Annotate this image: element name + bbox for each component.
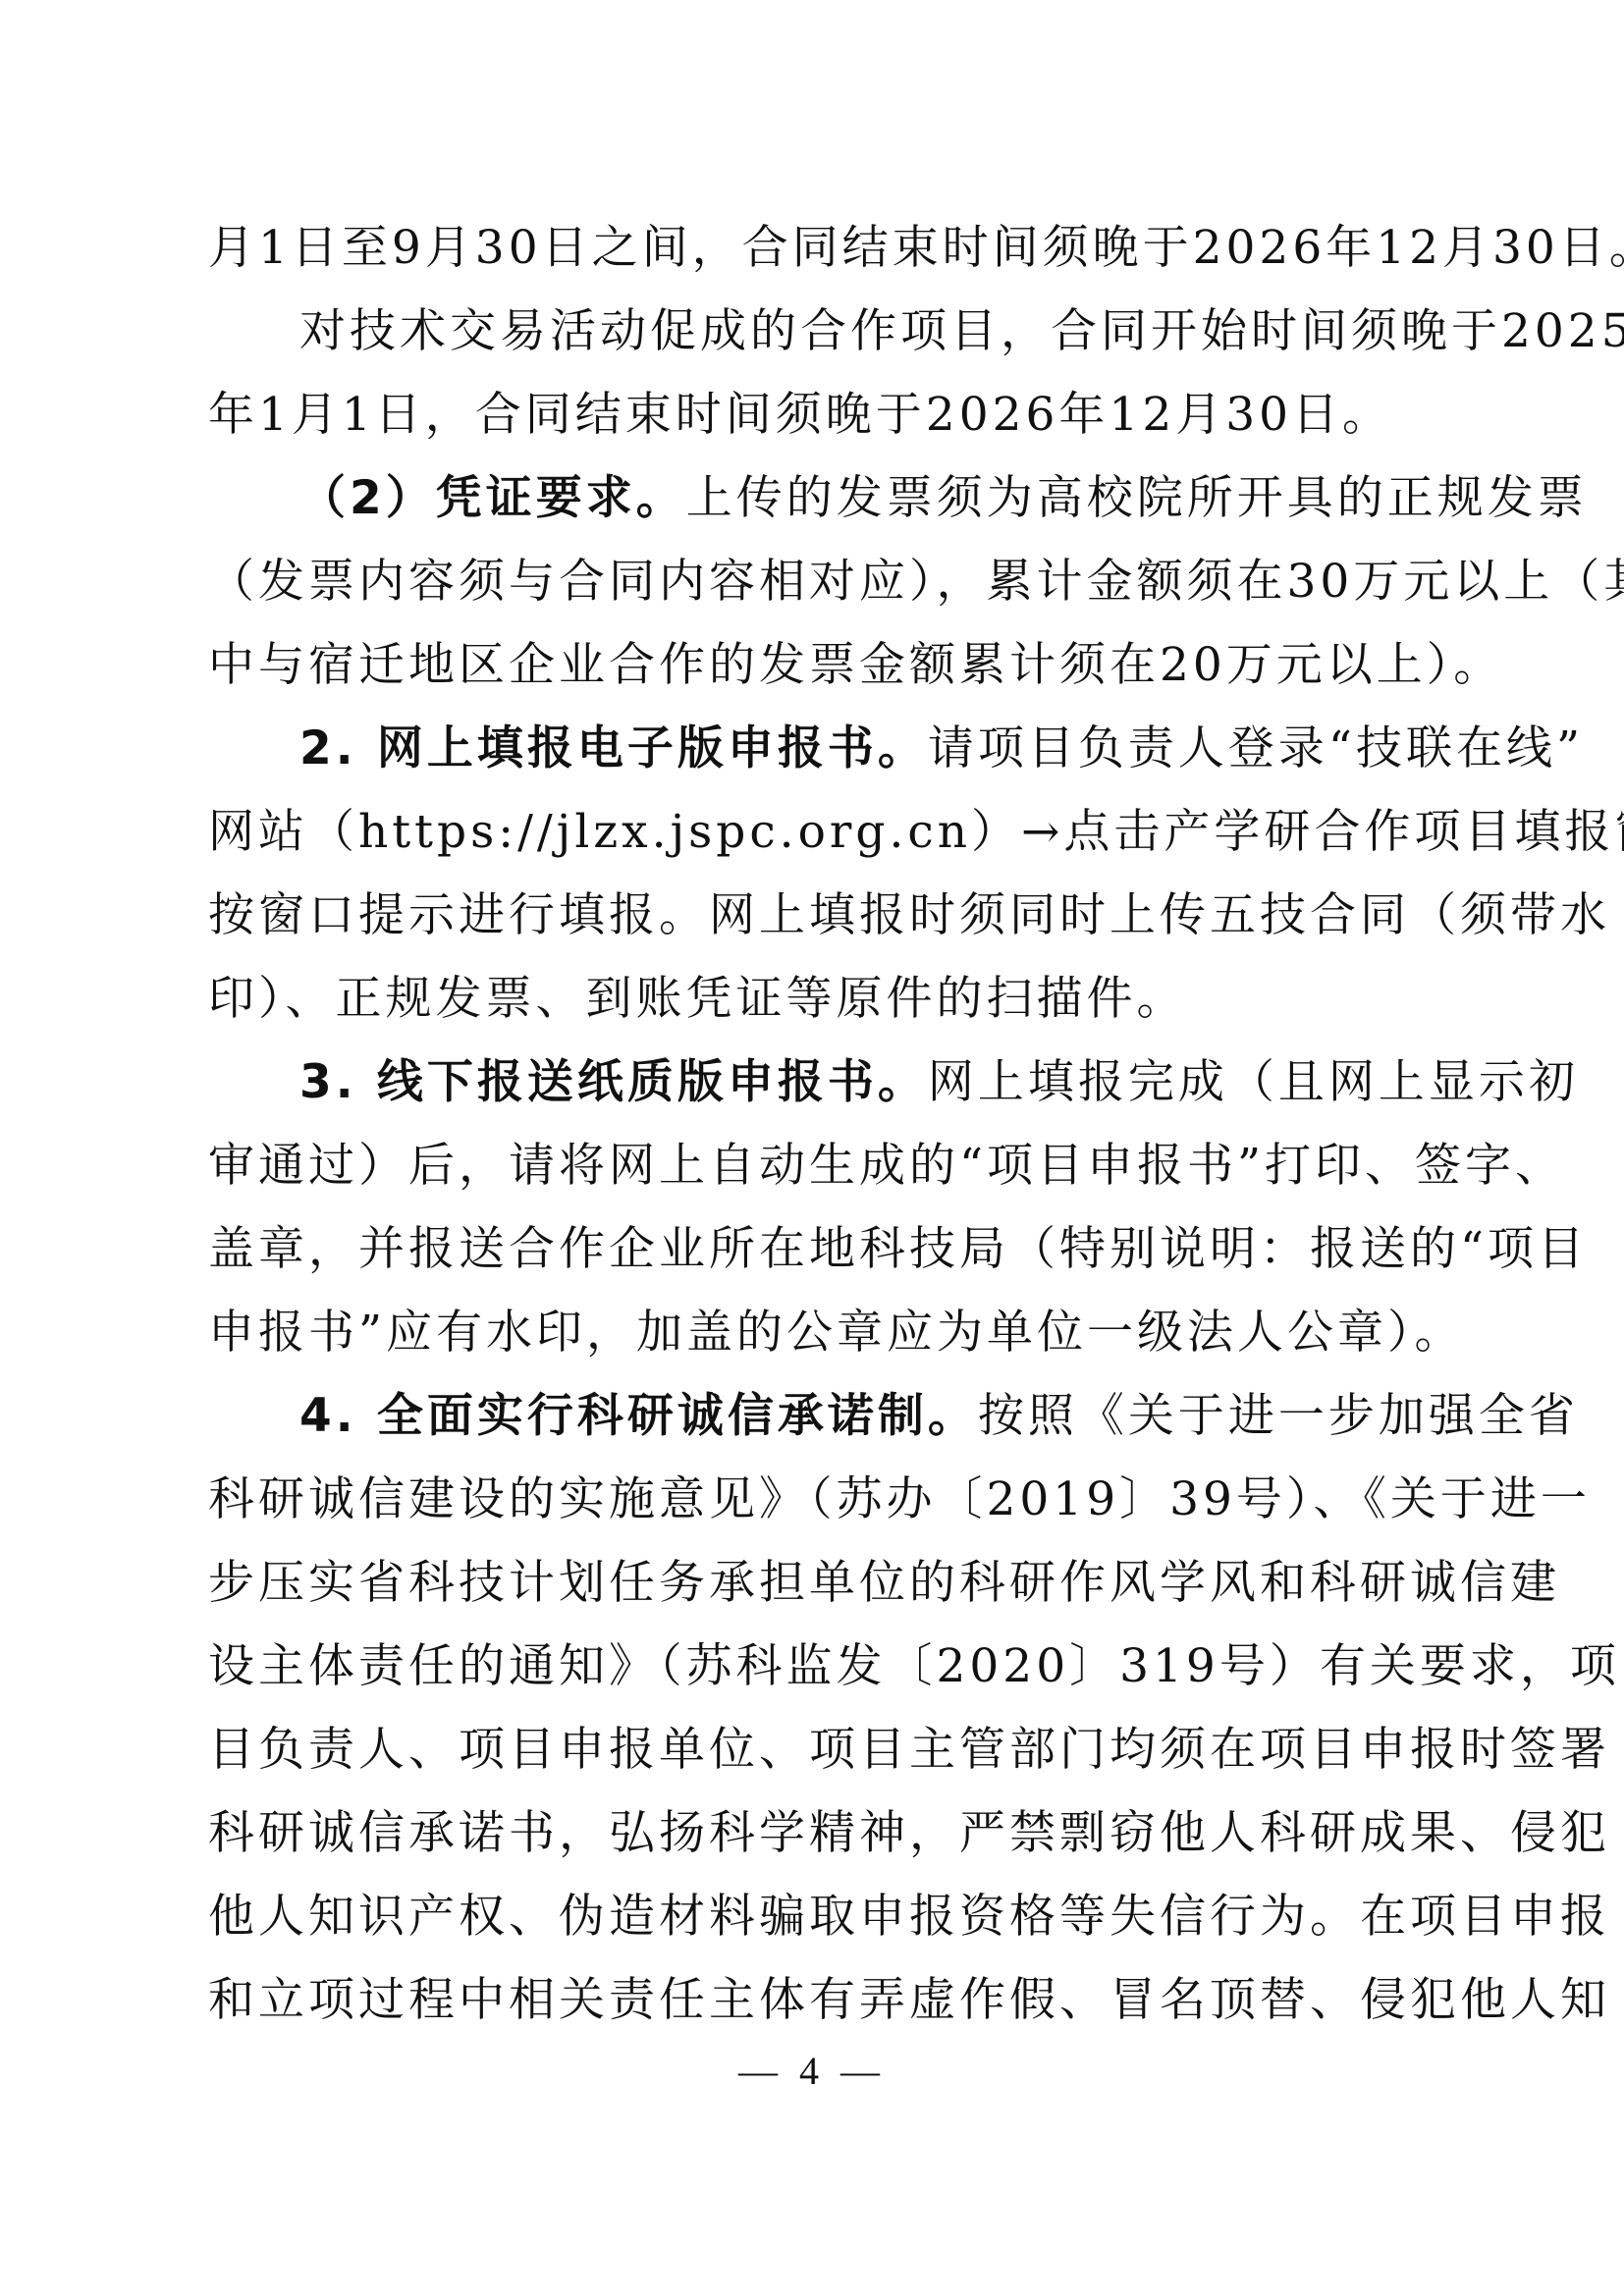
- text-line: 年1月1日，合同结束时间须晚于2026年12月30日。: [208, 376, 1426, 454]
- text-line: 步压实省科技计划任务承担单位的科研作风学风和科研诚信建: [208, 1544, 1426, 1623]
- section-heading: 2. 网上填报电子版申报书。: [299, 721, 928, 775]
- text-line: 他人知识产权、伪造材料骗取申报资格等失信行为。在项目申报: [208, 1878, 1426, 1956]
- text-line: 审通过）后，请将网上自动生成的“项目申报书”打印、签字、: [208, 1127, 1426, 1205]
- text-line: 设主体责任的通知》（苏科监发〔2020〕319号）有关要求，项: [208, 1628, 1426, 1706]
- text-line: 和立项过程中相关责任主体有弄虚作假、冒名顶替、侵犯他人知: [208, 1961, 1426, 2040]
- text-line: 科研诚信建设的实施意见》（苏办〔2019〕39号）、《关于进一: [208, 1461, 1426, 1539]
- text-line: 中与宿迁地区企业合作的发票金额累计须在20万元以上）。: [208, 626, 1426, 705]
- section-heading: 4. 全面实行科研诚信承诺制。: [299, 1389, 978, 1443]
- text-line: 3. 线下报送纸质版申报书。网上填报完成（且网上显示初: [299, 1043, 1426, 1122]
- text-line: 目负责人、项目申报单位、项目主管部门均须在项目申报时签署: [208, 1711, 1426, 1789]
- text-line: 按窗口提示进行填报。网上填报时须同时上传五技合同（须带水: [208, 877, 1426, 955]
- text-run: 网上填报完成（且网上显示初: [928, 1055, 1579, 1109]
- text-line: 科研诚信承诺书，弘扬科学精神，严禁剽窃他人科研成果、侵犯: [208, 1794, 1426, 1873]
- text-line: （发票内容须与合同内容相对应），累计金额须在30万元以上（其: [208, 543, 1426, 621]
- document-page: 月1日至9月30日之间，合同结束时间须晚于2026年12月30日。 对技术交易活…: [0, 0, 1624, 2296]
- page-number: — 4 —: [0, 2047, 1624, 2096]
- text-run: 上传的发票须为高校院所开具的正规发票: [686, 471, 1588, 525]
- section-heading: （2）凭证要求。: [299, 471, 686, 525]
- text-line: 月1日至9月30日之间，合同结束时间须晚于2026年12月30日。: [208, 209, 1426, 288]
- text-line: 4. 全面实行科研诚信承诺制。按照《关于进一步加强全省: [299, 1377, 1426, 1456]
- text-line: 申报书”应有水印，加盖的公章应为单位一级法人公章）。: [208, 1294, 1426, 1372]
- text-run: 请项目负责人登录“技联在线”: [928, 721, 1584, 775]
- text-line-with-url: 网站（https://jlzx.jspc.org.cn）→点击产学研合作项目填报…: [208, 793, 1426, 872]
- text-line: 印）、正规发票、到账凭证等原件的扫描件。: [208, 960, 1426, 1039]
- text-line: 对技术交易活动促成的合作项目，合同开始时间须晚于2025: [299, 293, 1426, 371]
- text-run: 按照《关于进一步加强全省: [978, 1389, 1579, 1443]
- text-line: 2. 网上填报电子版申报书。请项目负责人登录“技联在线”: [299, 710, 1426, 788]
- text-line: 盖章，并报送合作企业所在地科技局（特别说明：报送的“项目: [208, 1210, 1426, 1289]
- text-line: （2）凭证要求。上传的发票须为高校院所开具的正规发票: [299, 459, 1426, 538]
- section-heading: 3. 线下报送纸质版申报书。: [299, 1055, 928, 1109]
